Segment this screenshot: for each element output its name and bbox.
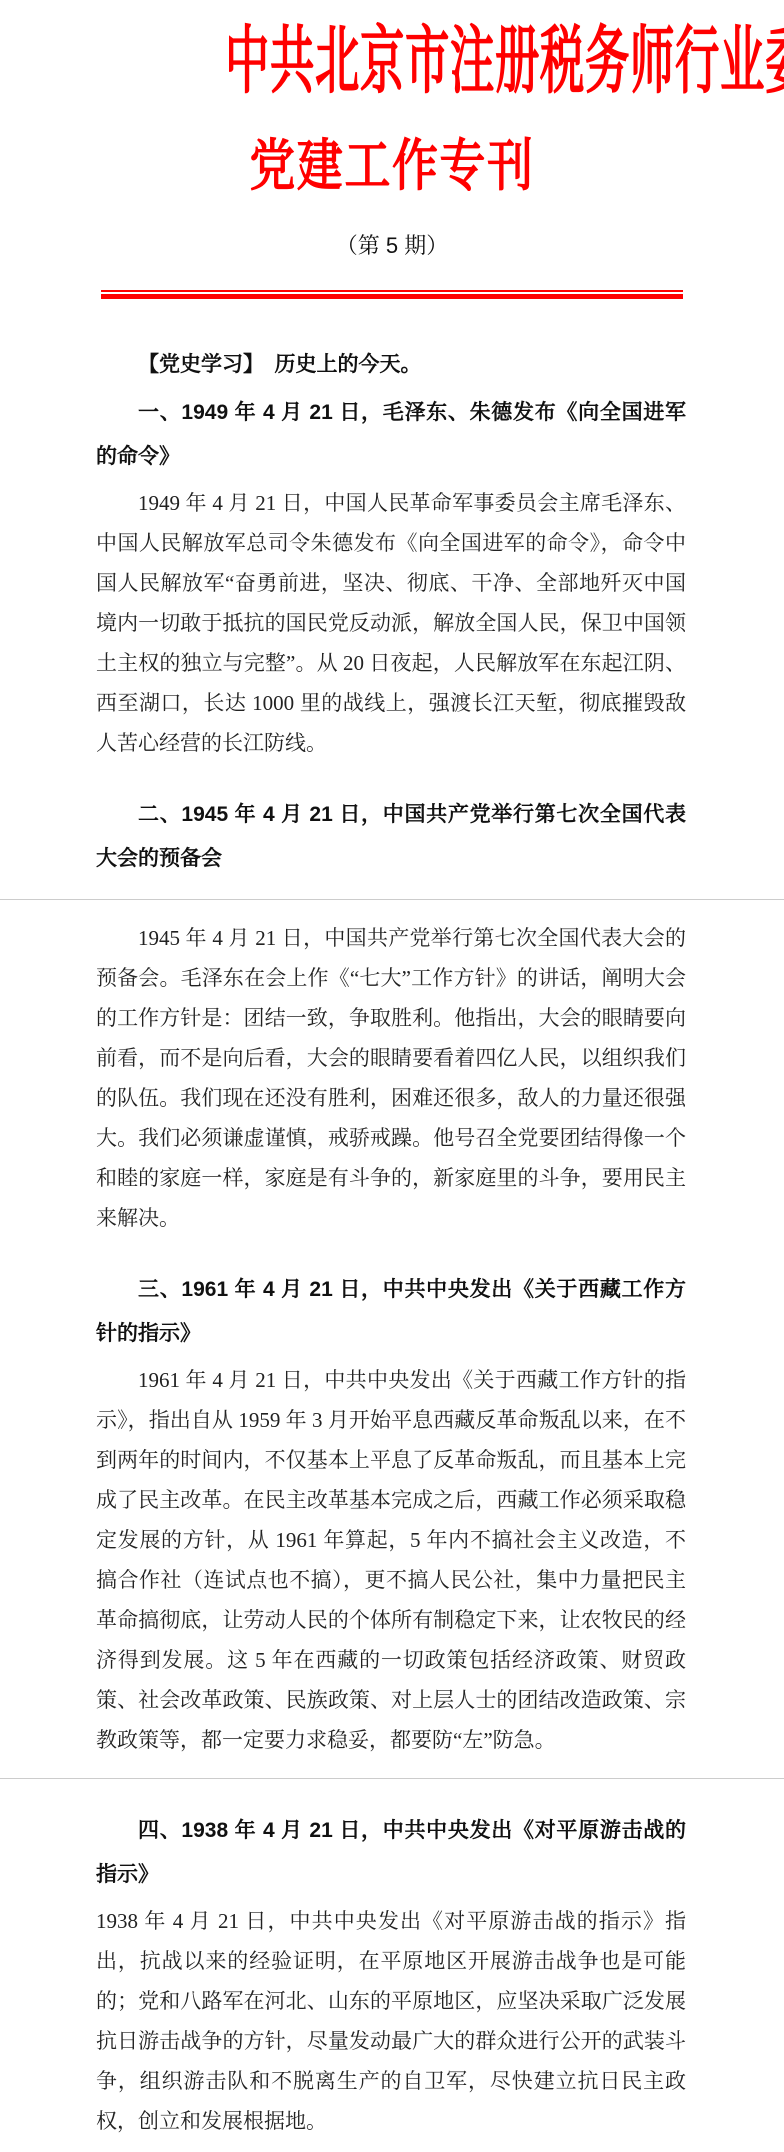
publication-title: 党建工作专刊 xyxy=(249,136,534,198)
red-rule-thin-line xyxy=(101,290,683,292)
red-rule xyxy=(101,290,683,299)
header: 中共北京市注册税务师行业委员会 xyxy=(0,20,784,104)
page-separator xyxy=(0,1778,784,1779)
red-rule-thick-line xyxy=(101,294,683,299)
intro-line: 【党史学习】 历史上的今天。 xyxy=(96,343,686,387)
body-paragraph: 1961 年 4 月 21 日，中共中央发出《关于西藏工作方针的指示》，指出自从… xyxy=(96,1360,686,1760)
section-heading: 二、1945 年 4 月 21 日，中国共产党举行第七次全国代表大会的预备会 xyxy=(96,793,686,881)
body-paragraph: 1945 年 4 月 21 日，中国共产党举行第七次全国代表大会的预备会。毛泽东… xyxy=(96,918,686,1238)
page-separator xyxy=(0,899,784,900)
issue-label: （第 5 期） xyxy=(0,232,784,260)
document-page: 中共北京市注册税务师行业委员会 党建工作专刊 （第 5 期） 【党史学习】 历史… xyxy=(0,0,784,2152)
body-paragraph: 1949 年 4 月 21 日，中国人民革命军事委员会主席毛泽东、中国人民解放军… xyxy=(96,483,686,763)
section-heading: 一、1949 年 4 月 21 日，毛泽东、朱德发布《向全国进军的命令》 xyxy=(96,391,686,479)
publication-title-row: 党建工作专刊 xyxy=(0,136,784,198)
article-body: 【党史学习】 历史上的今天。一、1949 年 4 月 21 日，毛泽东、朱德发布… xyxy=(0,343,784,2141)
section-heading: 三、1961 年 4 月 21 日，中共中央发出《关于西藏工作方针的指示》 xyxy=(96,1268,686,1356)
org-title: 中共北京市注册税务师行业委员会 xyxy=(225,20,784,104)
body-paragraph: 1938 年 4 月 21 日，中共中央发出《对平原游击战的指示》指出，抗战以来… xyxy=(96,1901,686,2141)
section-heading: 四、1938 年 4 月 21 日，中共中央发出《对平原游击战的指示》 xyxy=(96,1809,686,1897)
